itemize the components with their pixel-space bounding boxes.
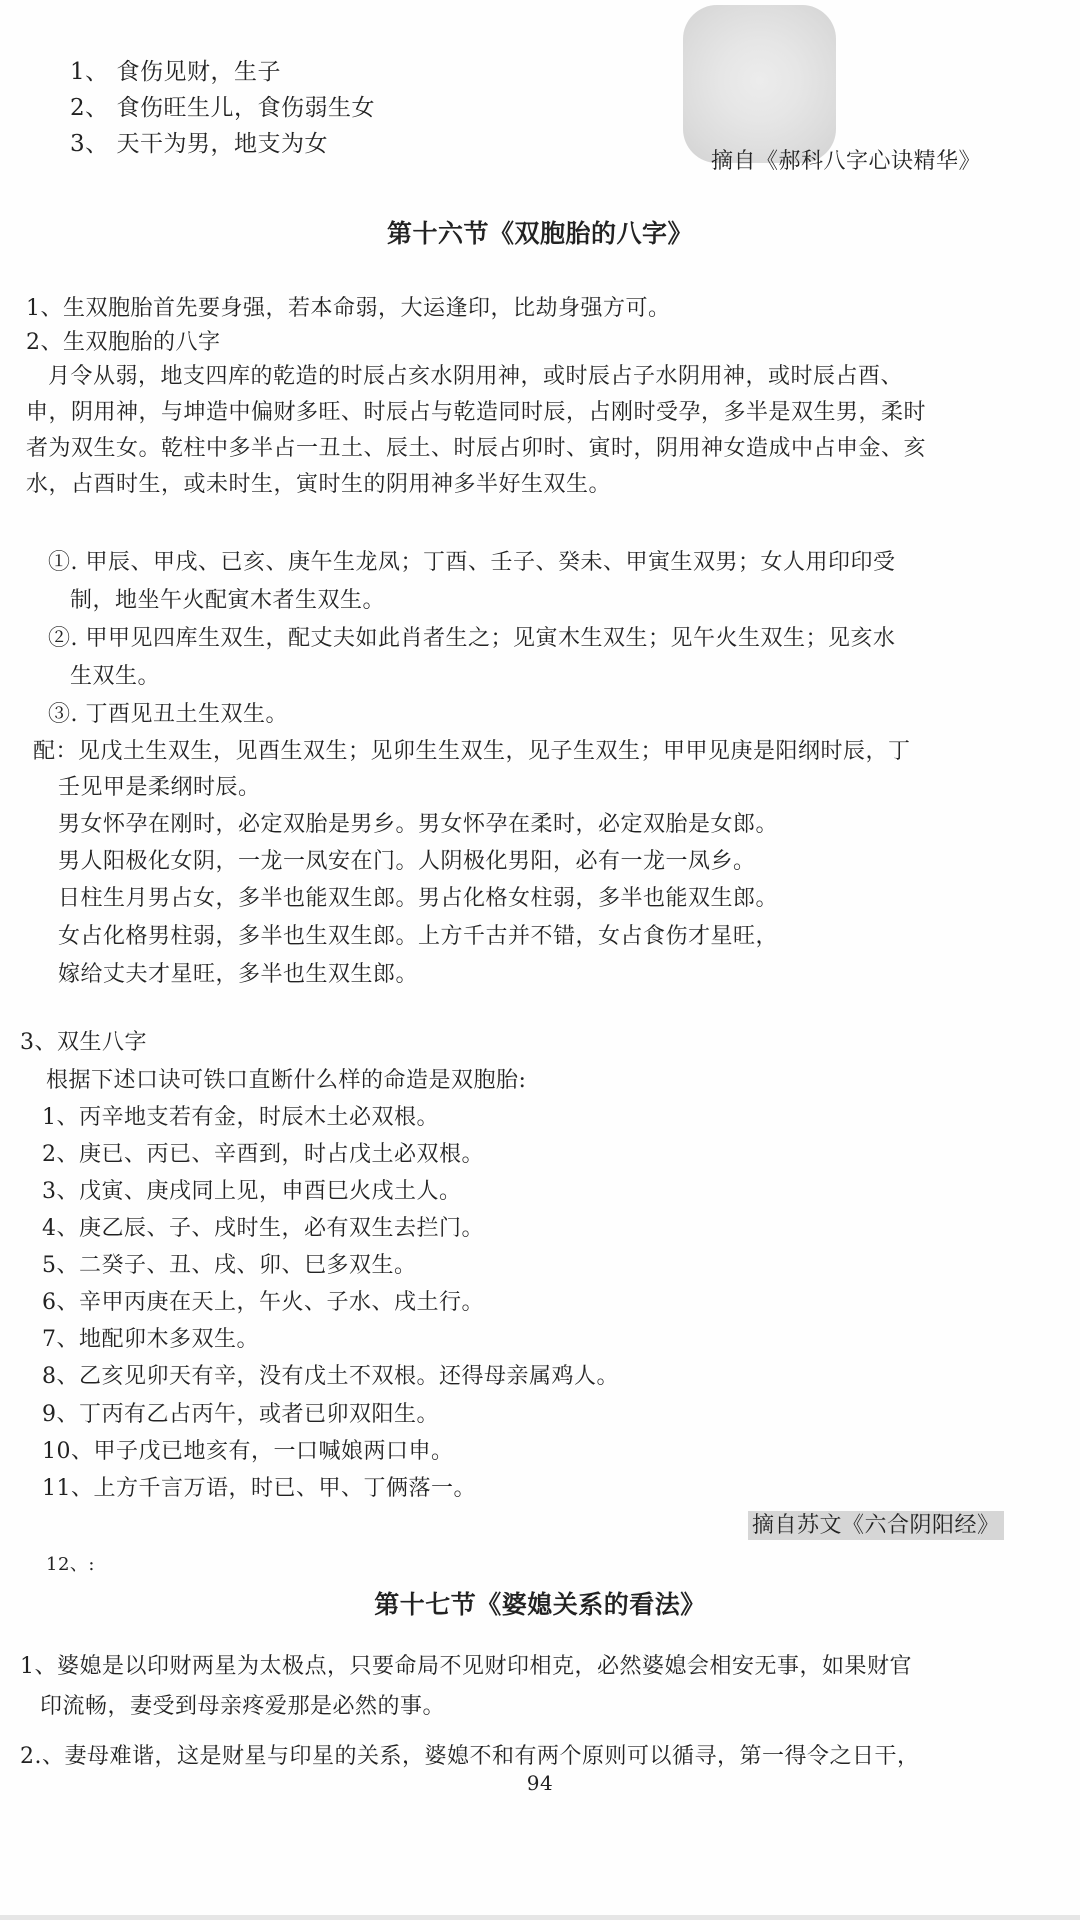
highlighted-source: 摘自苏文《六合阴阳经》 <box>748 1511 1004 1540</box>
rhyme-item: 10、甲子戊已地亥有，一口喊娘两口申。 <box>42 1437 454 1467</box>
rhyme-item: 1、丙辛地支若有金，时辰木土必双根。 <box>42 1103 439 1133</box>
s17-paragraph-1-cont: 印流畅，妻受到母亲疼爱那是必然的事。 <box>40 1692 445 1722</box>
source-citation-2: 摘自苏文《六合阴阳经》 <box>748 1511 1004 1541</box>
circled-item-2: ②. 甲甲见四库生双生，配丈夫如此肖者生之；见寅木生双生；见午火生双生；见亥水 <box>48 624 896 654</box>
rhyme-item: 8、乙亥见卯天有辛，没有戊土不双根。还得母亲属鸡人。 <box>42 1362 619 1392</box>
item-12: 12、: <box>46 1550 95 1580</box>
pei-line-2: 壬见甲是柔纲时辰。 <box>58 773 261 803</box>
rhyme-item: 6、辛甲丙庚在天上，午火、子水、戌土行。 <box>42 1288 484 1318</box>
s16-intro-3: 根据下述口诀可铁口直断什么样的命造是双胞胎: <box>46 1066 526 1096</box>
pei-line-1: 配：见戊土生双生，见酉生双生；见卯生生双生，见子生双生；甲甲见庚是阳纲时辰，丁 <box>33 737 911 767</box>
rhyme-item: 3、戊寅、庚戌同上见，申酉巳火戌土人。 <box>42 1177 462 1207</box>
top-list-item-1: 1、 食伤见财，生子 <box>70 57 281 87</box>
s16-paragraph-1: 1、生双胞胎首先要身强，若本命弱，大运逢印，比劫身强方可。 <box>26 294 671 324</box>
s16-body-line: 月令从弱，地支四库的乾造的时辰占亥水阴用神，或时辰占子水阴用神，或时辰占酉、 <box>48 362 903 392</box>
s16-body-line: 者为双生女。乾柱中多半占一丑土、辰土、时辰占卯时、寅时，阴用神女造成中占申金、亥 <box>26 434 926 464</box>
rhyme-item: 9、丁丙有乙占丙午，或者已卯双阳生。 <box>42 1400 439 1430</box>
verse-line: 女占化格男柱弱，多半也生双生郎。上方千古并不错，女占食伤才星旺， <box>58 922 778 952</box>
rhyme-item: 5、二癸子、丑、戌、卯、巳多双生。 <box>42 1251 417 1281</box>
top-list-item-2: 2、 食伤旺生儿，食伤弱生女 <box>70 93 375 123</box>
s17-paragraph-1: 1、婆媳是以印财两星为太极点，只要命局不见财印相克，必然婆媳会相安无事，如果财官 <box>20 1652 912 1682</box>
circled-item-1: ①. 甲辰、甲戌、已亥、庚午生龙凤；丁酉、壬子、癸未、甲寅生双男；女人用印印受 <box>48 548 896 578</box>
bottom-edge <box>0 1915 1080 1920</box>
top-list-item-3: 3、 天干为男，地支为女 <box>70 129 328 159</box>
rhyme-item: 11、上方千言万语，时已、甲、丁俩落一。 <box>42 1474 476 1504</box>
verse-line: 日柱生月男占女，多半也能双生郎。男占化格女柱弱，多半也能双生郎。 <box>58 884 778 914</box>
verse-line: 男人阳极化女阴，一龙一凤安在门。人阴极化男阳，必有一龙一凤乡。 <box>58 847 756 877</box>
verse-line: 嫁给丈夫才星旺，多半也生双生郎。 <box>58 960 418 990</box>
s16-heading-2: 2、生双胞胎的八字 <box>26 328 221 358</box>
circled-item-3: ③. 丁酉见丑土生双生。 <box>48 700 288 730</box>
circled-item-2-cont: 生双生。 <box>70 662 160 692</box>
app-icon-placeholder <box>683 5 836 163</box>
s16-body-line: 水，占酉时生，或未时生，寅时生的阴用神多半好生双生。 <box>26 470 611 500</box>
verse-line: 男女怀孕在刚时，必定双胎是男乡。男女怀孕在柔时，必定双胎是女郎。 <box>58 810 778 840</box>
source-citation-1: 摘自《郝科八字心诀精华》 <box>711 147 981 177</box>
page-number: 94 <box>0 1768 1080 1798</box>
circled-item-1-cont: 制，地坐午火配寅木者生双生。 <box>70 586 385 616</box>
rhyme-item: 4、庚乙辰、子、戌时生，必有双生去拦门。 <box>42 1214 484 1244</box>
section-17-title: 第十七节《婆媳关系的看法》 <box>0 1585 1080 1621</box>
s16-heading-3: 3、双生八字 <box>20 1028 147 1058</box>
rhyme-item: 2、庚已、丙已、辛酉到，时占戊土必双根。 <box>42 1140 484 1170</box>
section-16-title: 第十六节《双胞胎的八字》 <box>0 214 1080 250</box>
s16-body-line: 申，阴用神，与坤造中偏财多旺、时辰占与乾造同时辰，占刚时受孕，多半是双生男，柔时 <box>26 398 926 428</box>
rhyme-item: 7、地配卯木多双生。 <box>42 1325 259 1355</box>
